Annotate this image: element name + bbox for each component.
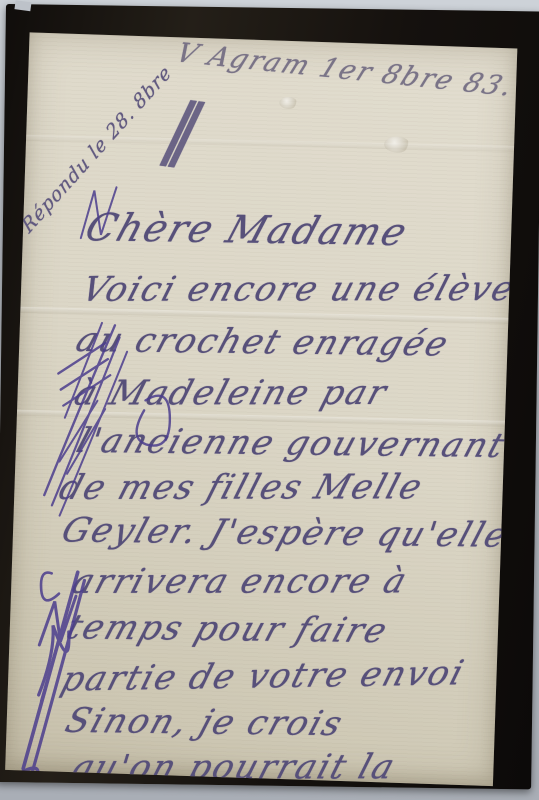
letter-line: arrivera encore à	[67, 561, 412, 602]
letter-line: Voici encore une élève	[77, 269, 517, 310]
paper-dimple	[384, 136, 411, 153]
dateline: V Agram 1er 8bre 83.	[171, 38, 517, 103]
letter-line: de mes filles Melle	[55, 467, 429, 508]
letter-line: au crochet enragée	[71, 320, 455, 364]
letter-line: Sinon, je crois	[60, 701, 348, 744]
photo-of-letter: V Agram 1er 8bre 83. Répondu le 28. 8bre…	[0, 0, 539, 800]
letter-line: Geyler. J'espère qu'elle	[57, 510, 514, 555]
black-mat: V Agram 1er 8bre 83. Répondu le 28. 8bre…	[0, 4, 539, 789]
letter-line: qu'on pourrait la	[65, 747, 401, 786]
letter-line: l'ancienne gouvernante	[72, 421, 518, 466]
paper-dimple	[279, 97, 297, 110]
letter-line: temps pour faire	[62, 607, 394, 651]
annotation-slash-marks: //	[158, 80, 188, 179]
mat-corner-notch	[14, 0, 31, 11]
letter-line: partie de votre envoi	[57, 653, 470, 699]
salutation: Chère Madame	[80, 205, 414, 254]
letter-line: à Madeleine par	[70, 373, 393, 414]
letter-page: V Agram 1er 8bre 83. Répondu le 28. 8bre…	[5, 32, 517, 786]
